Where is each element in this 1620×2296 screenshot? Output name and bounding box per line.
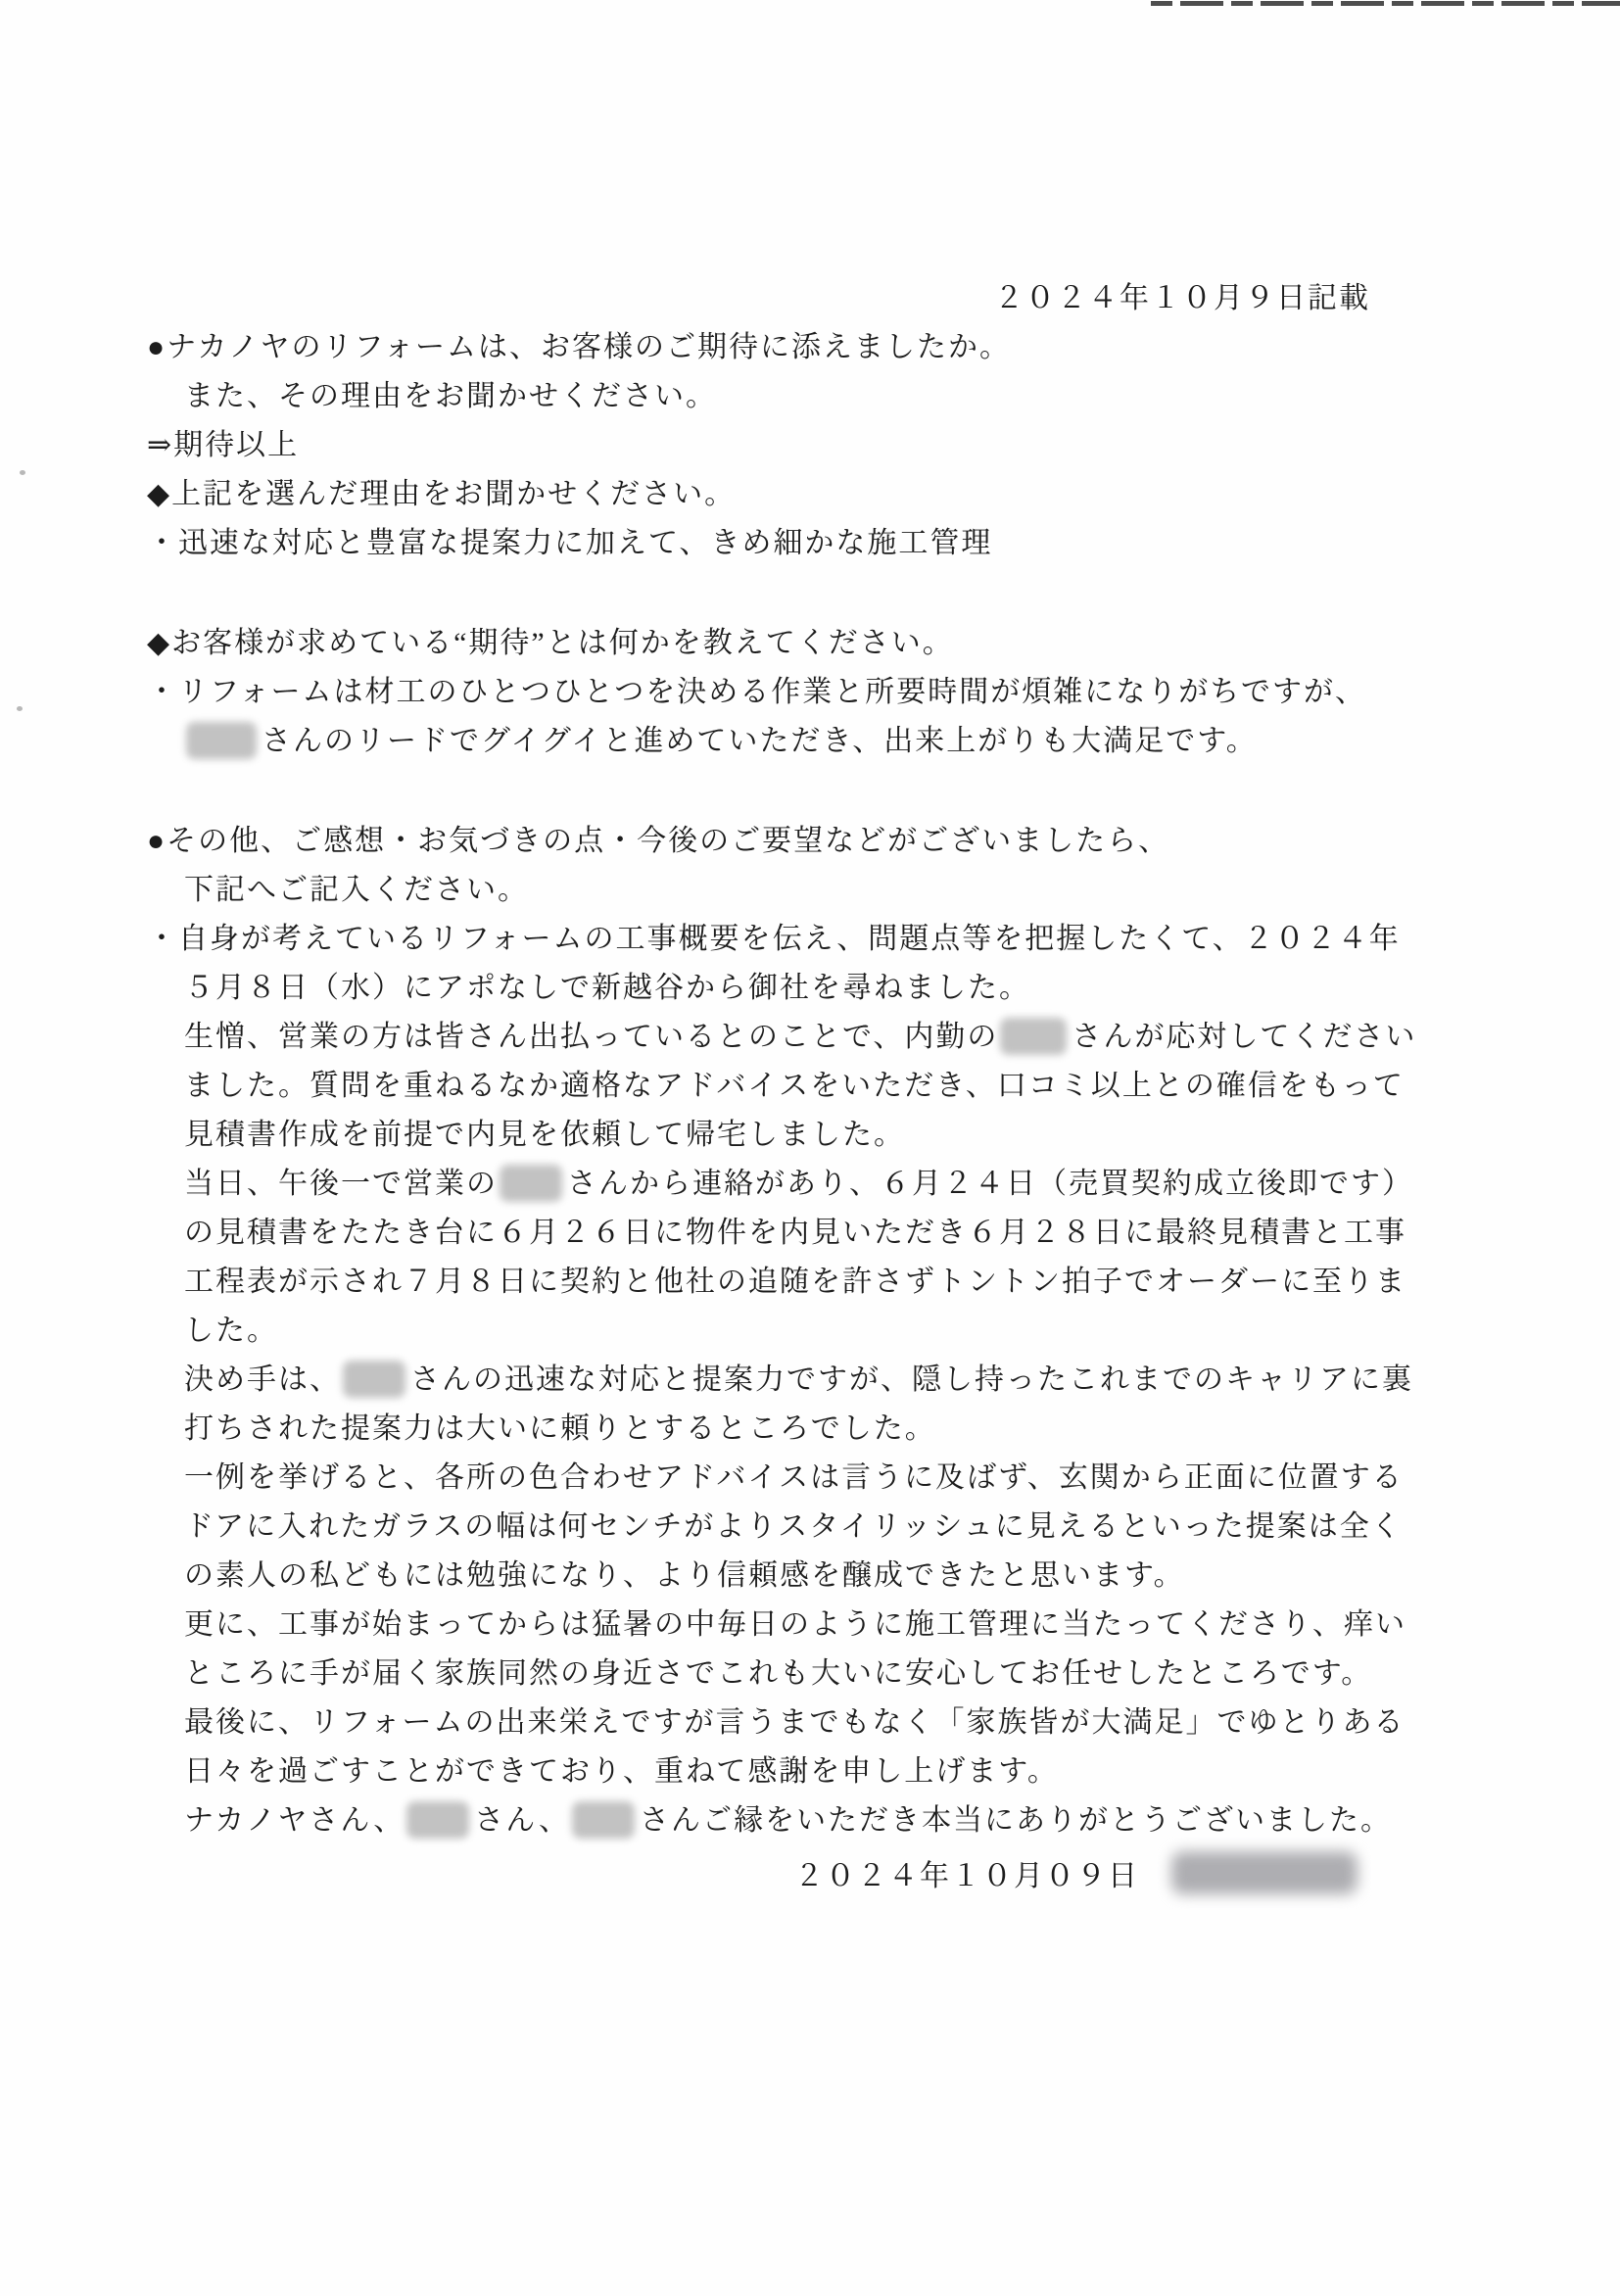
text-line: 工程表が示され７月８日に契約と他社の追随を許さずトントン拍子でオーダーに至りま <box>147 1258 1459 1307</box>
text-line: した。 <box>147 1307 1459 1356</box>
text-line: 打ちされた提案力は大いに頼りとするところでした。 <box>147 1405 1459 1454</box>
text-segment: ・自身が考えているリフォームの工事概要を伝え、問題点等を把握したくて、２０２４年 <box>147 923 1401 955</box>
text-segment: ●その他、ご感想・お気づきの点・今後のご要望などがございましたら、 <box>147 825 1169 857</box>
text-line: ところに手が届く家族同然の身近さでこれも大いに安心してお任せしたところです。 <box>147 1650 1459 1698</box>
text-line: の見積書をたたき台に６月２６日に物件を内見いただき６月２８日に最終見積書と工事 <box>147 1209 1459 1258</box>
text-segment: ５月８日（水）にアポなしで新越谷から御社を尋ねました。 <box>184 972 1030 1004</box>
text-segment: ナカノヤさん、 <box>184 1804 405 1837</box>
redacted-name <box>1000 1018 1067 1055</box>
text-line: さんのリードでグイグイと進めていただき、出来上がりも大満足です。 <box>147 717 1459 766</box>
text-line: ・自身が考えているリフォームの工事概要を伝え、問題点等を把握したくて、２０２４年 <box>147 915 1459 964</box>
redacted-name <box>343 1361 405 1398</box>
redacted-name <box>572 1801 635 1839</box>
text-line: また、その理由をお聞かせください。 <box>147 372 1459 421</box>
text-segment: 工程表が示され７月８日に契約と他社の追随を許さずトントン拍子でオーダーに至りま <box>184 1266 1406 1298</box>
text-line: ５月８日（水）にアポなしで新越谷から御社を尋ねました。 <box>147 964 1459 1013</box>
text-line: ●ナカノヤのリフォームは、お客様のご期待に添えましたか。 <box>147 323 1459 372</box>
text-segment: 日々を過ごすことができており、重ねて感謝を申し上げます。 <box>184 1755 1059 1788</box>
text-segment: 打ちされた提案力は大いに頼りとするところでした。 <box>184 1412 936 1445</box>
blank-line <box>147 766 1459 817</box>
text-segment: ました。質問を重ねるなか適格なアドバイスをいただき、口コミ以上との確信をもって <box>184 1070 1405 1102</box>
scan-speck <box>20 470 25 475</box>
text-segment: ◆お客様が求めている“期待”とは何かを教えてください。 <box>147 627 954 659</box>
text-segment: さんから連絡があり、６月２４日（売買契約成立後即です） <box>567 1168 1413 1200</box>
text-segment: 見積書作成を前提で内見を依頼して帰宅しました。 <box>184 1119 905 1151</box>
text-segment: 下記へご記入ください。 <box>184 874 529 906</box>
text-segment: 最後に、リフォームの出来栄えですが言うまでもなく「家族皆が大満足」でゆとりある <box>184 1706 1406 1739</box>
text-line: 生憎、営業の方は皆さん出払っているとのことで、内勤のさんが応対してください <box>147 1013 1459 1062</box>
text-segment: さんが応対してください <box>1072 1021 1416 1053</box>
text-segment: ⇒期待以上 <box>147 429 299 461</box>
text-segment: ところに手が届く家族同然の身近さでこれも大いに安心してお任せしたところです。 <box>184 1657 1372 1690</box>
text-segment: また、その理由をお聞かせください。 <box>184 380 717 412</box>
redacted-signature <box>1171 1851 1358 1894</box>
text-line: ◆上記を選んだ理由をお聞かせください。 <box>147 470 1459 519</box>
text-line: 当日、午後一で営業のさんから連絡があり、６月２４日（売買契約成立後即です） <box>147 1160 1459 1209</box>
text-segment: 更に、工事が始まってからは猛暑の中毎日のように施工管理に当たってくださり、痒い <box>184 1608 1406 1641</box>
text-segment: さんの迅速な対応と提案力ですが、隠し持ったこれまでのキャリアに裏 <box>410 1363 1413 1396</box>
redacted-name <box>406 1801 469 1839</box>
text-line: 見積書作成を前提で内見を依頼して帰宅しました。 <box>147 1111 1459 1160</box>
footer-signature-line: ２０２４年１０月０９日 <box>147 1845 1459 1900</box>
text-segment: 生憎、営業の方は皆さん出払っているとのことで、内勤の <box>184 1021 998 1053</box>
text-line: ●その他、ご感想・お気づきの点・今後のご要望などがございましたら、 <box>147 817 1459 866</box>
text-segment: 決め手は、 <box>184 1363 341 1396</box>
text-segment: した。 <box>184 1315 278 1347</box>
text-line: ⇒期待以上 <box>147 421 1459 470</box>
text-line: ドアに入れたガラスの幅は何センチがよりスタイリッシュに見えるといった提案は全く <box>147 1503 1459 1552</box>
scanned-document-page: ２０２４年１０月９日記載 ●ナカノヤのリフォームは、お客様のご期待に添えましたか… <box>0 0 1620 2296</box>
text-line: 更に、工事が始まってからは猛暑の中毎日のように施工管理に当たってくださり、痒い <box>147 1601 1459 1650</box>
scanner-edge-artifact <box>1151 1 1620 6</box>
document-content: ２０２４年１０月９日記載 ●ナカノヤのリフォームは、お客様のご期待に添えましたか… <box>147 274 1459 1900</box>
text-segment: ・リフォームは材工のひとつひとつを決める作業と所要時間が煩雑になりがちですが、 <box>147 676 1366 708</box>
text-segment: 当日、午後一で営業の <box>184 1168 498 1200</box>
date-signed: ２０２４年１０月０９日 <box>794 1851 1139 1894</box>
text-line: ◆お客様が求めている“期待”とは何かを教えてください。 <box>147 619 1459 668</box>
text-segment: ●ナカノヤのリフォームは、お客様のご期待に添えましたか。 <box>147 331 1011 363</box>
text-line: 最後に、リフォームの出来栄えですが言うまでもなく「家族皆が大満足」でゆとりある <box>147 1698 1459 1747</box>
text-segment: さんご縁をいただき本当にありがとうございました。 <box>640 1804 1392 1837</box>
text-line: ナカノヤさん、さん、さんご縁をいただき本当にありがとうございました。 <box>147 1796 1459 1845</box>
text-segment: ・迅速な対応と豊富な提案力に加えて、きめ細かな施工管理 <box>147 527 992 559</box>
redacted-name <box>186 722 257 759</box>
text-segment: さんのリードでグイグイと進めていただき、出来上がりも大満足です。 <box>262 725 1258 757</box>
text-line: の素人の私どもには勉強になり、より信頼感を醸成できたと思います。 <box>147 1552 1459 1601</box>
text-segment: の素人の私どもには勉強になり、より信頼感を醸成できたと思います。 <box>184 1559 1185 1592</box>
blank-line <box>147 568 1459 619</box>
text-segment: ◆上記を選んだ理由をお聞かせください。 <box>147 478 736 510</box>
text-segment: の見積書をたたき台に６月２６日に物件を内見いただき６月２８日に最終見積書と工事 <box>184 1217 1406 1249</box>
text-line: 日々を過ごすことができており、重ねて感謝を申し上げます。 <box>147 1747 1459 1796</box>
text-line: ・リフォームは材工のひとつひとつを決める作業と所要時間が煩雑になりがちですが、 <box>147 668 1459 717</box>
text-segment: さん、 <box>474 1804 570 1837</box>
scan-speck <box>17 706 23 711</box>
text-segment: ドアに入れたガラスの幅は何センチがよりスタイリッシュに見えるといった提案は全く <box>184 1510 1403 1543</box>
text-segment: 一例を挙げると、各所の色合わせアドバイスは言うに及ばず、玄関から正面に位置する <box>184 1461 1404 1494</box>
redacted-name <box>500 1165 562 1202</box>
text-line: ・迅速な対応と豊富な提案力に加えて、きめ細かな施工管理 <box>147 519 1459 568</box>
text-line: 一例を挙げると、各所の色合わせアドバイスは言うに及ばず、玄関から正面に位置する <box>147 1454 1459 1503</box>
text-line: 決め手は、さんの迅速な対応と提案力ですが、隠し持ったこれまでのキャリアに裏 <box>147 1356 1459 1405</box>
document-lines: ●ナカノヤのリフォームは、お客様のご期待に添えましたか。また、その理由をお聞かせ… <box>147 323 1459 1845</box>
date-written: ２０２４年１０月９日記載 <box>147 274 1459 323</box>
text-line: 下記へご記入ください。 <box>147 866 1459 915</box>
text-line: ました。質問を重ねるなか適格なアドバイスをいただき、口コミ以上との確信をもって <box>147 1062 1459 1111</box>
